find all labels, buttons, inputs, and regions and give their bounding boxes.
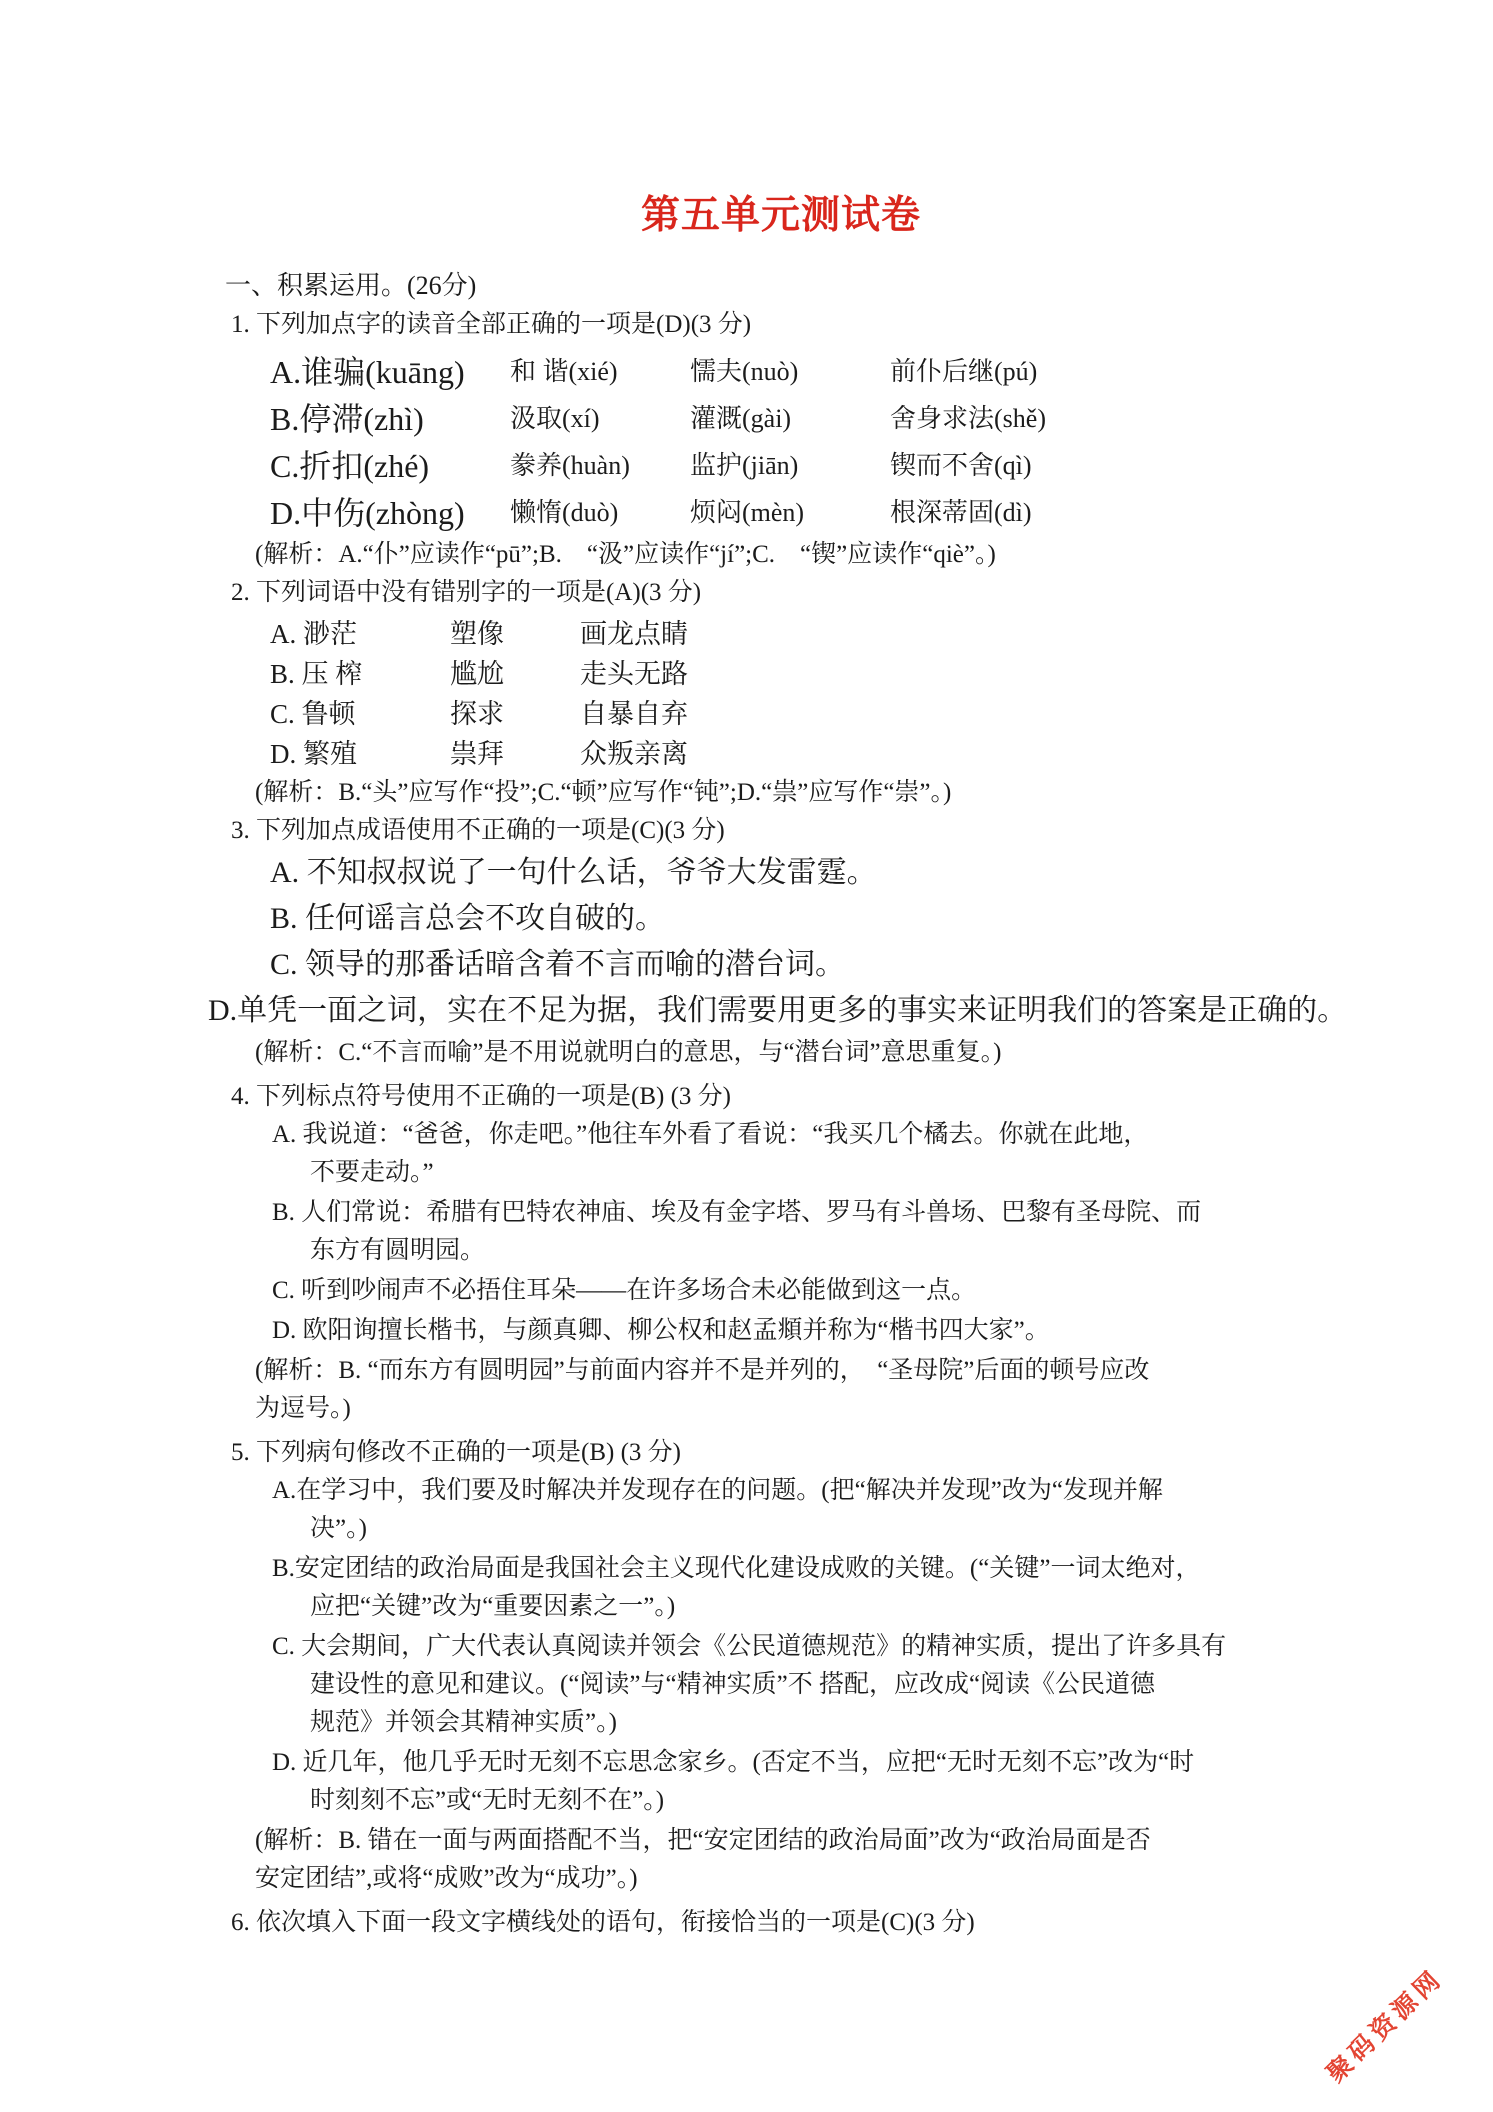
option-row-c: C. 鲁顿 探求 自暴自弃 [270, 694, 1337, 734]
option-d: D. 欧阳询擅长楷书，与颜真卿、柳公权和赵孟頫并称为“楷书四大家”。 [272, 1312, 1337, 1350]
option-cell: 画龙点睛 [580, 615, 1337, 653]
question-3-options: A. 不知叔叔说了一句什么话，爷爷大发雷霆。 B. 任何谣言总会不攻自破的。 C… [270, 850, 1337, 1034]
option-cell: 汲取(xí) [510, 400, 690, 438]
question-2-analysis: (解析：B.“头”应写作“投”;C.“顿”应写作“钝”;D.“祟”应写作“崇”。… [255, 774, 1337, 812]
option-b: B. 任何谣言总会不攻自破的。 [270, 896, 1337, 942]
option-row-a: A. 渺茫 塑像 画龙点睛 [270, 614, 1337, 654]
option-line: D. 欧阳询擅长楷书，与颜真卿、柳公权和赵孟頫并称为“楷书四大家”。 [272, 1312, 1337, 1350]
option-row-d: D.中伤(zhòng) 懒惰(duò) 烦闷(mèn) 根深蒂固(dì) [270, 489, 1337, 536]
option-line: B. 人们常说：希腊有巴特农神庙、埃及有金字塔、罗马有斗兽场、巴黎有圣母院、而 [272, 1194, 1337, 1232]
option-line: A. 我说道：“爸爸，你走吧。”他往车外看了看说：“我买几个橘去。你就在此地， [272, 1116, 1337, 1154]
question-5-stem: 5. 下列病句修改不正确的一项是(B) (3 分) [231, 1434, 1337, 1472]
watermark: 聚码资源网 [1317, 1911, 1493, 2090]
analysis-line: (解析：B. 错在一面与两面搭配不当，把“安定团结的政治局面”改为“政治局面是否 [255, 1822, 1337, 1860]
option-cell: 舍身求法(shě) [890, 400, 1337, 438]
option-cell: C. 鲁顿 [270, 695, 450, 733]
option-cell: 锲而不舍(qì) [890, 447, 1337, 485]
option-cell: B. 压 榨 [270, 655, 450, 693]
question-6-stem: 6. 依次填入下面一段文字横线处的语句，衔接恰当的一项是(C)(3 分) [231, 1904, 1337, 1942]
option-cell: 走头无路 [580, 655, 1337, 693]
page-title: 第五单元测试卷 [225, 192, 1337, 240]
analysis-line: (解析：B. “而东方有圆明园”与前面内容并不是并列的， “圣母院”后面的顿号应… [255, 1352, 1337, 1390]
option-line: 时刻刻不忘”或“无时无刻不在”。) [272, 1782, 1337, 1820]
option-line: 不要走动。” [272, 1154, 1337, 1192]
option-row-a: A.谁骗(kuāng) 和 谐(xié) 懦夫(nuò) 前仆后继(pú) [270, 348, 1337, 395]
option-line: 决”。) [272, 1510, 1337, 1548]
option-line: 规范》并领会其精神实质”。) [272, 1704, 1337, 1742]
option-cell: D.中伤(zhòng) [270, 494, 510, 532]
option-cell: 灌溉(gài) [690, 400, 890, 438]
option-line: 东方有圆明园。 [272, 1232, 1337, 1270]
option-line: B.安定团结的政治局面是我国社会主义现代化建设成败的关键。(“关键”一词太绝对， [272, 1550, 1337, 1588]
option-line: 建设性的意见和建议。(“阅读”与“精神实质”不 搭配，应改成“阅读《公民道德 [272, 1666, 1337, 1704]
option-a: A. 我说道：“爸爸，你走吧。”他往车外看了看说：“我买几个橘去。你就在此地， … [272, 1116, 1337, 1192]
option-cell: A. 渺茫 [270, 615, 450, 653]
option-cell: C.折扣(zhé) [270, 447, 510, 485]
analysis-line: (解析：C.“不言而喻”是不用说就明白的意思，与“潜台词”意思重复。) [255, 1034, 1337, 1072]
option-c: C. 大会期间，广大代表认真阅读并领会《公民道德规范》的精神实质，提出了许多具有… [272, 1628, 1337, 1742]
question-4-options: A. 我说道：“爸爸，你走吧。”他往车外看了看说：“我买几个橘去。你就在此地， … [272, 1116, 1337, 1350]
option-cell: 祟拜 [450, 735, 580, 773]
option-cell: 和 谐(xié) [510, 353, 690, 391]
option-cell: 尴尬 [450, 655, 580, 693]
option-cell: 众叛亲离 [580, 735, 1337, 773]
analysis-line: 为逗号。) [255, 1390, 1337, 1428]
option-row-c: C.折扣(zhé) 豢养(huàn) 监护(jiān) 锲而不舍(qì) [270, 442, 1337, 489]
option-cell: 塑像 [450, 615, 580, 653]
option-line: C. 听到吵闹声不必捂住耳朵——在许多场合未必能做到这一点。 [272, 1272, 1337, 1310]
option-cell: 自暴自弃 [580, 695, 1337, 733]
option-cell: 探求 [450, 695, 580, 733]
option-cell: A.谁骗(kuāng) [270, 353, 510, 391]
question-1-analysis: (解析：A.“仆”应读作“pū”;B. “汲”应读作“jí”;C. “锲”应读作… [255, 536, 1337, 574]
option-cell: 前仆后继(pú) [890, 353, 1337, 391]
option-d: D. 近几年，他几乎无时无刻不忘思念家乡。(否定不当，应把“无时无刻不忘”改为“… [272, 1744, 1337, 1820]
option-cell: 懒惰(duò) [510, 494, 690, 532]
analysis-line: 安定团结”,或将“成败”改为“成功”。) [255, 1860, 1337, 1898]
option-line: A.在学习中，我们要及时解决并发现存在的问题。(把“解决并发现”改为“发现并解 [272, 1472, 1337, 1510]
question-1-options: A.谁骗(kuāng) 和 谐(xié) 懦夫(nuò) 前仆后继(pú) B.… [270, 348, 1337, 536]
question-5-analysis: (解析：B. 错在一面与两面搭配不当，把“安定团结的政治局面”改为“政治局面是否… [255, 1822, 1337, 1898]
question-5-options: A.在学习中，我们要及时解决并发现存在的问题。(把“解决并发现”改为“发现并解 … [272, 1472, 1337, 1820]
option-a: A.在学习中，我们要及时解决并发现存在的问题。(把“解决并发现”改为“发现并解 … [272, 1472, 1337, 1548]
test-paper-page: 第五单元测试卷 一、积累运用。(26分) 1. 下列加点字的读音全部正确的一项是… [0, 0, 1493, 2112]
option-cell: 烦闷(mèn) [690, 494, 890, 532]
option-a: A. 不知叔叔说了一句什么话，爷爷大发雷霆。 [270, 850, 1337, 896]
option-b: B. 人们常说：希腊有巴特农神庙、埃及有金字塔、罗马有斗兽场、巴黎有圣母院、而 … [272, 1194, 1337, 1270]
option-row-d: D. 繁殖 祟拜 众叛亲离 [270, 734, 1337, 774]
analysis-line: (解析：B.“头”应写作“投”;C.“顿”应写作“钝”;D.“祟”应写作“崇”。… [255, 774, 1337, 812]
option-cell: 根深蒂固(dì) [890, 494, 1337, 532]
option-cell: 懦夫(nuò) [690, 353, 890, 391]
option-cell: B.停滞(zhì) [270, 400, 510, 438]
option-cell: 豢养(huàn) [510, 447, 690, 485]
analysis-line: (解析：A.“仆”应读作“pū”;B. “汲”应读作“jí”;C. “锲”应读作… [255, 536, 1337, 574]
option-c: C. 领导的那番话暗含着不言而喻的潜台词。 [270, 942, 1337, 988]
option-d: D.单凭一面之词，实在不足为据，我们需要用更多的事实来证明我们的答案是正确的。 [208, 988, 1337, 1034]
option-line: 应把“关键”改为“重要因素之一”。) [272, 1588, 1337, 1626]
option-c: C. 听到吵闹声不必捂住耳朵——在许多场合未必能做到这一点。 [272, 1272, 1337, 1310]
option-cell: D. 繁殖 [270, 735, 450, 773]
question-4-analysis: (解析：B. “而东方有圆明园”与前面内容并不是并列的， “圣母院”后面的顿号应… [255, 1352, 1337, 1428]
question-1-stem: 1. 下列加点字的读音全部正确的一项是(D)(3 分) [231, 306, 1337, 344]
section-heading: 一、积累运用。(26分) [225, 266, 1337, 306]
option-row-b: B.停滞(zhì) 汲取(xí) 灌溉(gài) 舍身求法(shě) [270, 395, 1337, 442]
question-3-stem: 3. 下列加点成语使用不正确的一项是(C)(3 分) [231, 812, 1337, 850]
option-cell: 监护(jiān) [690, 447, 890, 485]
option-b: B.安定团结的政治局面是我国社会主义现代化建设成败的关键。(“关键”一词太绝对，… [272, 1550, 1337, 1626]
option-line: D. 近几年，他几乎无时无刻不忘思念家乡。(否定不当，应把“无时无刻不忘”改为“… [272, 1744, 1337, 1782]
question-2-options: A. 渺茫 塑像 画龙点睛 B. 压 榨 尴尬 走头无路 C. 鲁顿 探求 自暴… [270, 614, 1337, 774]
paper-content: 第五单元测试卷 一、积累运用。(26分) 1. 下列加点字的读音全部正确的一项是… [225, 192, 1337, 1942]
question-2-stem: 2. 下列词语中没有错别字的一项是(A)(3 分) [231, 574, 1337, 612]
question-3-analysis: (解析：C.“不言而喻”是不用说就明白的意思，与“潜台词”意思重复。) [255, 1034, 1337, 1072]
question-4-stem: 4. 下列标点符号使用不正确的一项是(B) (3 分) [231, 1078, 1337, 1116]
option-row-b: B. 压 榨 尴尬 走头无路 [270, 654, 1337, 694]
option-line: C. 大会期间，广大代表认真阅读并领会《公民道德规范》的精神实质，提出了许多具有 [272, 1628, 1337, 1666]
